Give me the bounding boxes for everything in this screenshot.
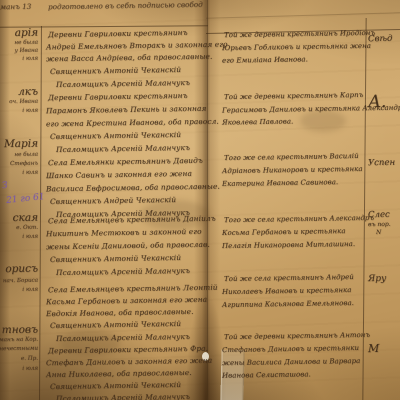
witness-record-line: Стефановъ Даниловъ и крестьянки bbox=[222, 344, 359, 354]
right-margin-subnote: въ пор. bbox=[368, 221, 391, 228]
birth-record-line: Священникъ Антоній Чеканскій bbox=[50, 65, 181, 76]
witness-record-line: Агриппина Касьянова Емельянова. bbox=[222, 299, 354, 309]
birth-record-line: Псаломщикъ Арсеній Маланчукъ bbox=[56, 143, 190, 154]
right-margin-note: Яру bbox=[368, 274, 386, 284]
witness-record-line: Той же деревни крестьянинъ Карпъ bbox=[224, 91, 363, 101]
birth-record-line: Парамонъ Яковлевъ Пекинь и законная bbox=[46, 104, 207, 116]
birth-record-line: жены Ксеніи Даниловой, оба православ. bbox=[46, 240, 210, 252]
birth-record-line: Василиса Евфросимова, оба православные. bbox=[46, 182, 220, 194]
margin-date-note: е. Пр. bbox=[0, 356, 40, 363]
witness-record-line: Яковлева Павлова. bbox=[222, 117, 293, 126]
birth-record-line: Псаломщикъ Арсеній Маланчукъ bbox=[56, 266, 190, 277]
witness-record-line: жены Василиса Данилова и Варвара bbox=[222, 357, 360, 367]
margin-child-name: ская bbox=[0, 212, 40, 225]
margin-date-note: нечестными bbox=[0, 346, 40, 353]
birth-record-line: Села Емельянки крестьянинъ Давидъ bbox=[48, 156, 203, 167]
birth-record-line: Евдокія Иванова, оба православные. bbox=[46, 307, 194, 318]
right-margin-note: Успен bbox=[368, 158, 395, 168]
birth-record-line: Села Емельянцевъ крестьянинъ Даніилъ bbox=[48, 214, 216, 226]
margin-date-note: і юля bbox=[0, 108, 40, 115]
margin-date-note: манъ на Кор. bbox=[0, 337, 40, 344]
witness-record-line: Адріановъ Никаноровъ и крестьянка bbox=[222, 165, 363, 175]
birth-record-line: жена Васса Андріева, оба православные. bbox=[46, 52, 213, 64]
birth-record-line: Деревни Гавриловки крестьянинъ bbox=[48, 91, 188, 102]
witness-record-line: Николаевъ Ивановъ и крестьянка bbox=[222, 286, 352, 296]
margin-date-note: не была bbox=[0, 152, 40, 159]
margin-date-note: Стефанъ bbox=[0, 161, 40, 168]
birth-record-line: Деревни Гавриловки крестьянинъ bbox=[48, 28, 188, 39]
birth-record-line: Деревни Гавриловки крестьянинъ Фра. bbox=[48, 344, 208, 356]
margin-child-name: тновъ bbox=[0, 324, 40, 337]
birth-record-line: его жена Крестина Иванова, оба правосл. bbox=[46, 117, 219, 129]
margin-date-note: і юля bbox=[0, 56, 40, 63]
birth-record-line: Касьма Гербановъ и законная его жена bbox=[46, 295, 207, 307]
birth-record-line: Андрей Емельяновъ Вторакъ и законная его bbox=[46, 40, 228, 52]
margin-date-note: і юля bbox=[0, 366, 40, 373]
margin-annotation-purple: З bbox=[1, 181, 8, 192]
birth-record-line: Псаломщикъ Арсеній Маланчукъ bbox=[56, 78, 190, 89]
margin-date-note: і юля bbox=[0, 287, 40, 294]
margin-child-name: арія bbox=[0, 27, 40, 40]
witness-record-line: его Емиліана Иванова. bbox=[222, 55, 308, 64]
birth-record-line: Никитинъ Местюковъ и законной его bbox=[46, 227, 202, 238]
margin-date-note: нач. Бориса bbox=[0, 278, 40, 285]
margin-date-note: у Ивана bbox=[0, 48, 40, 55]
right-margin-note: Свѣд bbox=[368, 34, 392, 44]
witness-record-line: Пелагія Никаноровна Митлашина. bbox=[222, 240, 355, 250]
witness-record-line: Той же села крестьянинъ Андрей bbox=[224, 273, 354, 283]
top-edge-text-fragment: родготовлено въ себѣ подписью свобод bbox=[48, 0, 203, 11]
right-margin-note: М bbox=[368, 342, 379, 355]
birth-record-line: Шанко Савинъ и законная его жена bbox=[46, 169, 192, 180]
birth-record-line: Священникъ Антоній Чеканскій bbox=[50, 380, 181, 391]
witness-record-line: Екатерина Иванова Савинова. bbox=[222, 178, 338, 188]
birth-record-line: Села Емельянцевъ крестьянинъ Леонтій bbox=[48, 283, 218, 295]
margin-date-note: і юля bbox=[0, 234, 40, 241]
witness-record-line: Той же деревни крестьянинъ Иродіонъ bbox=[224, 29, 375, 39]
birth-record-line: Священникъ Антоній Чеканскій bbox=[50, 130, 181, 141]
birth-record-line: Псаломщикъ Арсеній Маланчукъ bbox=[56, 392, 190, 400]
ink-stain bbox=[300, 110, 346, 132]
header-rule-right-faint bbox=[206, 12, 400, 18]
birth-record-line: Стефанъ Даниловъ и законная его жена bbox=[46, 356, 212, 368]
right-margin-note: Слес bbox=[368, 210, 390, 220]
top-edge-text-fragment: манъ 13 bbox=[0, 2, 31, 11]
right-margin-note: А. bbox=[368, 92, 387, 112]
right-column-rule bbox=[362, 18, 367, 400]
birth-record-line: Священникъ Андрей Чеканскій bbox=[50, 195, 176, 206]
witness-record-line: Юрьевъ Гобликовъ и крестьянка жена bbox=[222, 42, 371, 52]
birth-record-line: Священникъ Антоній Чеканскій bbox=[50, 319, 181, 330]
birth-record-line: Священникъ Антоній Чеканскій bbox=[50, 253, 181, 264]
margin-date-note: оч. Ивана bbox=[0, 99, 40, 106]
register-page-scan: манъ 13 родготовлено въ себѣ подписью св… bbox=[0, 0, 400, 400]
witness-record-line: Того же села крестьянинъ Александръ bbox=[224, 214, 374, 224]
witness-record-line: Той же деревни крестьянинъ Антонъ bbox=[224, 331, 370, 341]
margin-child-name: орисъ bbox=[0, 263, 40, 276]
birth-record-line: Псаломщикъ Арсеній Маланчукъ bbox=[56, 332, 190, 343]
birth-record-line: Анна Николаева, оба православные. bbox=[46, 368, 192, 379]
witness-record-line: Иванова Селисташова. bbox=[222, 370, 311, 379]
margin-date-note: і юля bbox=[0, 170, 40, 177]
witness-record-line: Косьма Гербановъ и крестьянка bbox=[222, 227, 346, 237]
margin-child-name: лкъ bbox=[0, 86, 40, 99]
witness-record-line: Того же села крестьянинъ Василій bbox=[224, 152, 359, 162]
margin-child-name: Марія bbox=[0, 138, 40, 151]
right-margin-subnote: N bbox=[376, 229, 381, 236]
margin-date-note: не была bbox=[0, 40, 40, 47]
margin-date-note: е. Окт. bbox=[0, 225, 40, 232]
